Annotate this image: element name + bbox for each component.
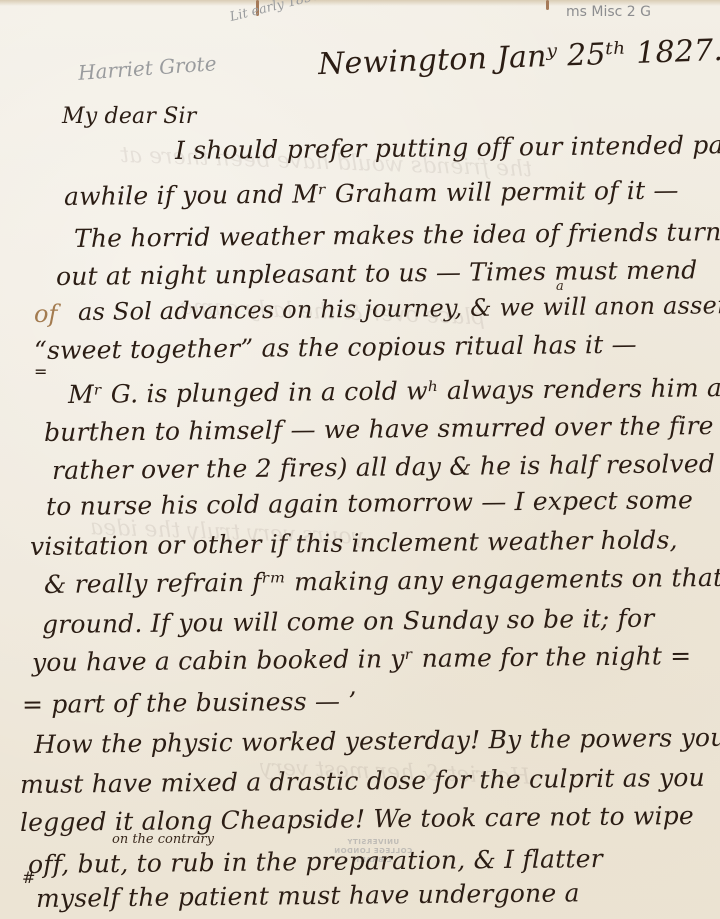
letter-line-1: I should prefer putting off our intended… — [175, 129, 720, 165]
letter-line-5: as Sol advances on his journey, & we wil… — [78, 291, 720, 326]
letter-line-10: to nurse his cold again tomorrow — I exp… — [46, 485, 693, 521]
letter-line-3: The horrid weather makes the idea of fri… — [74, 217, 720, 253]
letter-line-12: & really refrain fʳᵐ making any engageme… — [44, 563, 720, 599]
letter-line-7: Mʳ G. is plunged in a cold wʰ always ren… — [68, 373, 720, 409]
letter-line-13: ground. If you will come on Sunday so be… — [42, 604, 655, 639]
author-attribution-annotation: Harriet Grote — [77, 51, 217, 85]
letter-line-17: must have mixed a drastic dose for the c… — [20, 763, 705, 799]
manuscript-page: the friends would have been there at pla… — [0, 0, 720, 919]
letter-line-16: How the physic worked yesterday! By the … — [34, 723, 720, 759]
letter-line-4: out at night unpleasant to us — Times mu… — [56, 255, 698, 291]
shelfmark-annotation: ms Misc 2 G — [566, 4, 651, 20]
letter-line-20: myself the patient must have undergone a — [36, 878, 580, 913]
superscript-insertion: a — [556, 279, 564, 294]
paper-tear-mark — [546, 0, 549, 10]
letter-line-8: burthen to himself — we have smurred ove… — [44, 411, 720, 447]
letter-line-2: awhile if you and Mʳ Graham will permit … — [64, 176, 679, 211]
letter-line-19: off, but, to rub in the preparation, & I… — [28, 844, 603, 879]
letter-line-6: “sweet together” as the copious ritual h… — [34, 330, 637, 365]
letter-line-11: visitation or other if this inclement we… — [30, 525, 678, 561]
interlinear-insertion: on the contrary — [112, 832, 214, 847]
crossed-out-mark: of — [34, 300, 57, 328]
place-date-heading: Newington Janʸ 25ᵗʰ 1827. — [318, 33, 720, 82]
salutation: My dear Sir — [62, 104, 197, 129]
margin-equals-mark: = — [34, 362, 47, 381]
letter-line-9: rather over the 2 fires) all day & he is… — [52, 449, 715, 485]
margin-cross-reference-mark: # — [22, 868, 35, 887]
letter-line-14: you have a cabin booked in yʳ name for t… — [32, 641, 692, 677]
letter-line-15: = part of the business — ’ — [22, 686, 357, 719]
